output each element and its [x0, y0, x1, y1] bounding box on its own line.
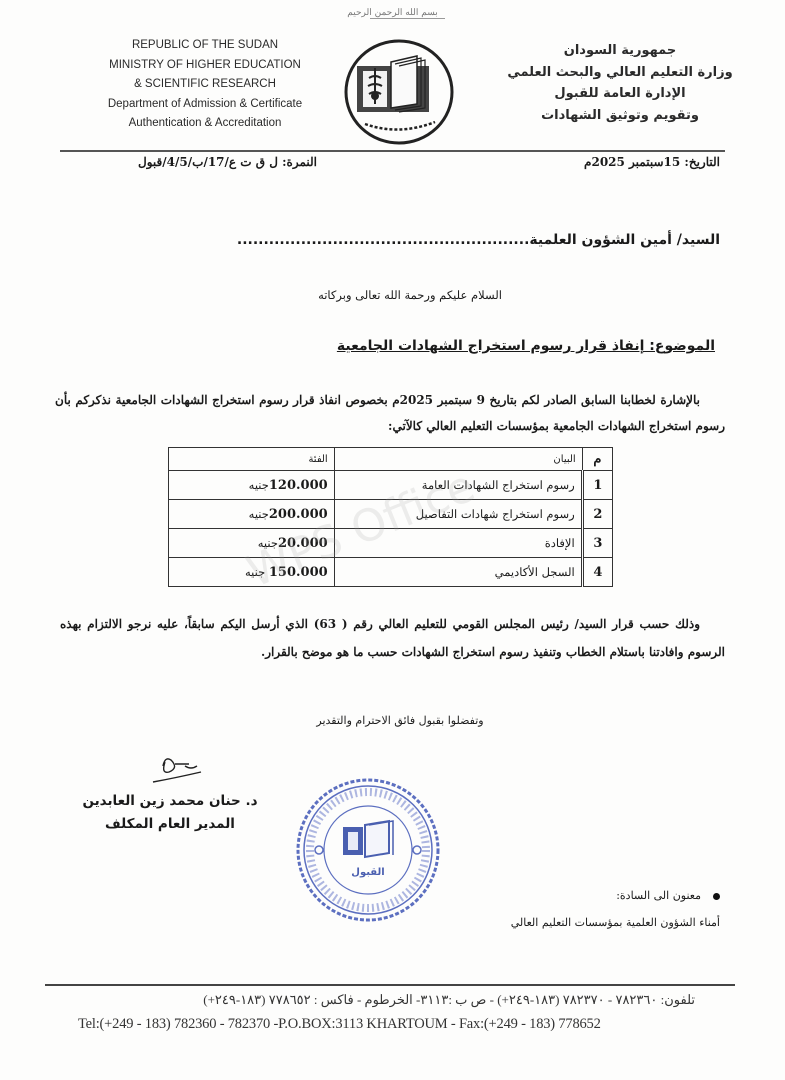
- cc-block: معنون الى السادة: أمناء الشؤون العلمية ب…: [430, 882, 720, 936]
- signature-icon: [135, 752, 215, 792]
- basmala: بسم الله الرحمن الرحيم: [345, 8, 440, 22]
- fee-currency: جنيه: [249, 507, 269, 521]
- letterhead-en-line: Department of Admission & Certificate: [70, 95, 340, 115]
- fee-amount: 200.000: [269, 507, 328, 522]
- greeting: السلام عليكم ورحمة الله تعالى وبركاته: [250, 288, 570, 302]
- row-fee: 20.000جنيه: [169, 529, 335, 558]
- row-no: 4: [582, 558, 612, 587]
- closing-line: وتفضلوا بقبول فائق الاحترام والتقدير: [270, 714, 530, 727]
- letterhead-en-line: REPUBLIC OF THE SUDAN: [70, 36, 340, 56]
- letter-date: التاريخ: 15سبتمبر 2025م: [584, 155, 720, 169]
- table-header-row: م البيان الفئة: [169, 448, 613, 471]
- row-fee: 120.000جنيه: [169, 471, 335, 500]
- fees-table: م البيان الفئة 1 رسوم استخراج الشهادات ا…: [168, 447, 613, 587]
- letterhead-english: REPUBLIC OF THE SUDAN MINISTRY OF HIGHER…: [70, 36, 340, 134]
- fee-amount: 150.000: [269, 565, 328, 580]
- header-description: البيان: [334, 448, 582, 471]
- letterhead-ar-line: جمهورية السودان: [470, 40, 770, 62]
- letterhead-en-line: MINISTRY OF HIGHER EDUCATION: [70, 56, 340, 76]
- body-paragraph-1: بالإشارة لخطابنا السابق الصادر لكم بتاري…: [55, 387, 725, 439]
- subject-line: الموضوع: إنفاذ قرار رسوم استخراج الشهادا…: [200, 338, 715, 354]
- table-row: 2 رسوم استخراج شهادات التفاصيل 200.000جن…: [169, 500, 613, 529]
- footer-english: Tel:(+249 - 183) 782360 - 782370 -P.O.BO…: [78, 1016, 718, 1033]
- row-description: الإفادة: [334, 529, 582, 558]
- letterhead-en-line: & SCIENTIFIC RESEARCH: [70, 75, 340, 95]
- bullet-icon: [713, 893, 720, 900]
- paragraph-text: بالإشارة لخطابنا السابق الصادر لكم بتاري…: [55, 393, 725, 433]
- row-fee: 150.000 جنيه: [169, 558, 335, 587]
- table-row: 4 السجل الأكاديمي 150.000 جنيه: [169, 558, 613, 587]
- header-divider: [60, 150, 725, 152]
- fee-currency: جنيه: [245, 565, 269, 579]
- row-description: السجل الأكاديمي: [334, 558, 582, 587]
- fee-currency: جنيه: [249, 478, 269, 492]
- reference-number: النمرة: ل ق ت ع/17/ب/4/5/قبول: [138, 155, 317, 169]
- row-fee: 200.000جنيه: [169, 500, 335, 529]
- official-stamp-icon: القبول: [293, 775, 443, 925]
- stamp-label: القبول: [351, 867, 384, 878]
- letterhead-ar-line: وزارة التعليم العالي والبحث العلمي: [470, 62, 770, 84]
- footer-divider: [45, 984, 735, 986]
- row-description: رسوم استخراج الشهادات العامة: [334, 471, 582, 500]
- addressee: السيد/ أمين الشؤون العلمية..............…: [220, 232, 720, 248]
- row-description: رسوم استخراج شهادات التفاصيل: [334, 500, 582, 529]
- table-row: 3 الإفادة 20.000جنيه: [169, 529, 613, 558]
- row-no: 2: [582, 500, 612, 529]
- row-no: 1: [582, 471, 612, 500]
- basmala-underline: [370, 18, 445, 19]
- letterhead-ar-line: وتقويم وتوثيق الشهادات: [470, 105, 770, 127]
- cc-heading: معنون الى السادة:: [616, 889, 701, 902]
- header-no: م: [582, 448, 612, 471]
- row-no: 3: [582, 529, 612, 558]
- letterhead-en-line: Authentication & Accreditation: [70, 114, 340, 134]
- cc-recipient: أمناء الشؤون العلمية بمؤسسات التعليم الع…: [430, 909, 720, 936]
- fee-amount: 120.000: [269, 478, 328, 493]
- letterhead-arabic: جمهورية السودان وزارة التعليم العالي وال…: [470, 40, 770, 126]
- footer-arabic: تلفون: ٧٨٢٣٦٠ - ٧٨٢٣٧٠ (١٨٣-٢٤٩+) - ص ب …: [60, 992, 695, 1008]
- fee-currency: جنيه: [258, 536, 278, 550]
- paragraph-text: وذلك حسب قرار السيد/ رئيس المجلس القومي …: [60, 617, 725, 659]
- ministry-emblem-icon: [343, 38, 455, 146]
- reference-line: التاريخ: 15سبتمبر 2025م النمرة: ل ق ت ع/…: [100, 155, 720, 175]
- letterhead-ar-line: الإدارة العامة للقبول: [470, 83, 770, 105]
- header-fee: الفئة: [169, 448, 335, 471]
- signatory-title: المدير العام المكلف: [60, 813, 280, 836]
- fee-amount: 20.000: [278, 536, 328, 551]
- body-paragraph-2: وذلك حسب قرار السيد/ رئيس المجلس القومي …: [60, 610, 725, 666]
- table-row: 1 رسوم استخراج الشهادات العامة 120.000جن…: [169, 471, 613, 500]
- signatory-block: د. حنان محمد زين العابدين المدير العام ا…: [60, 790, 280, 836]
- signatory-name: د. حنان محمد زين العابدين: [60, 790, 280, 813]
- cc-heading-row: معنون الى السادة:: [430, 882, 720, 909]
